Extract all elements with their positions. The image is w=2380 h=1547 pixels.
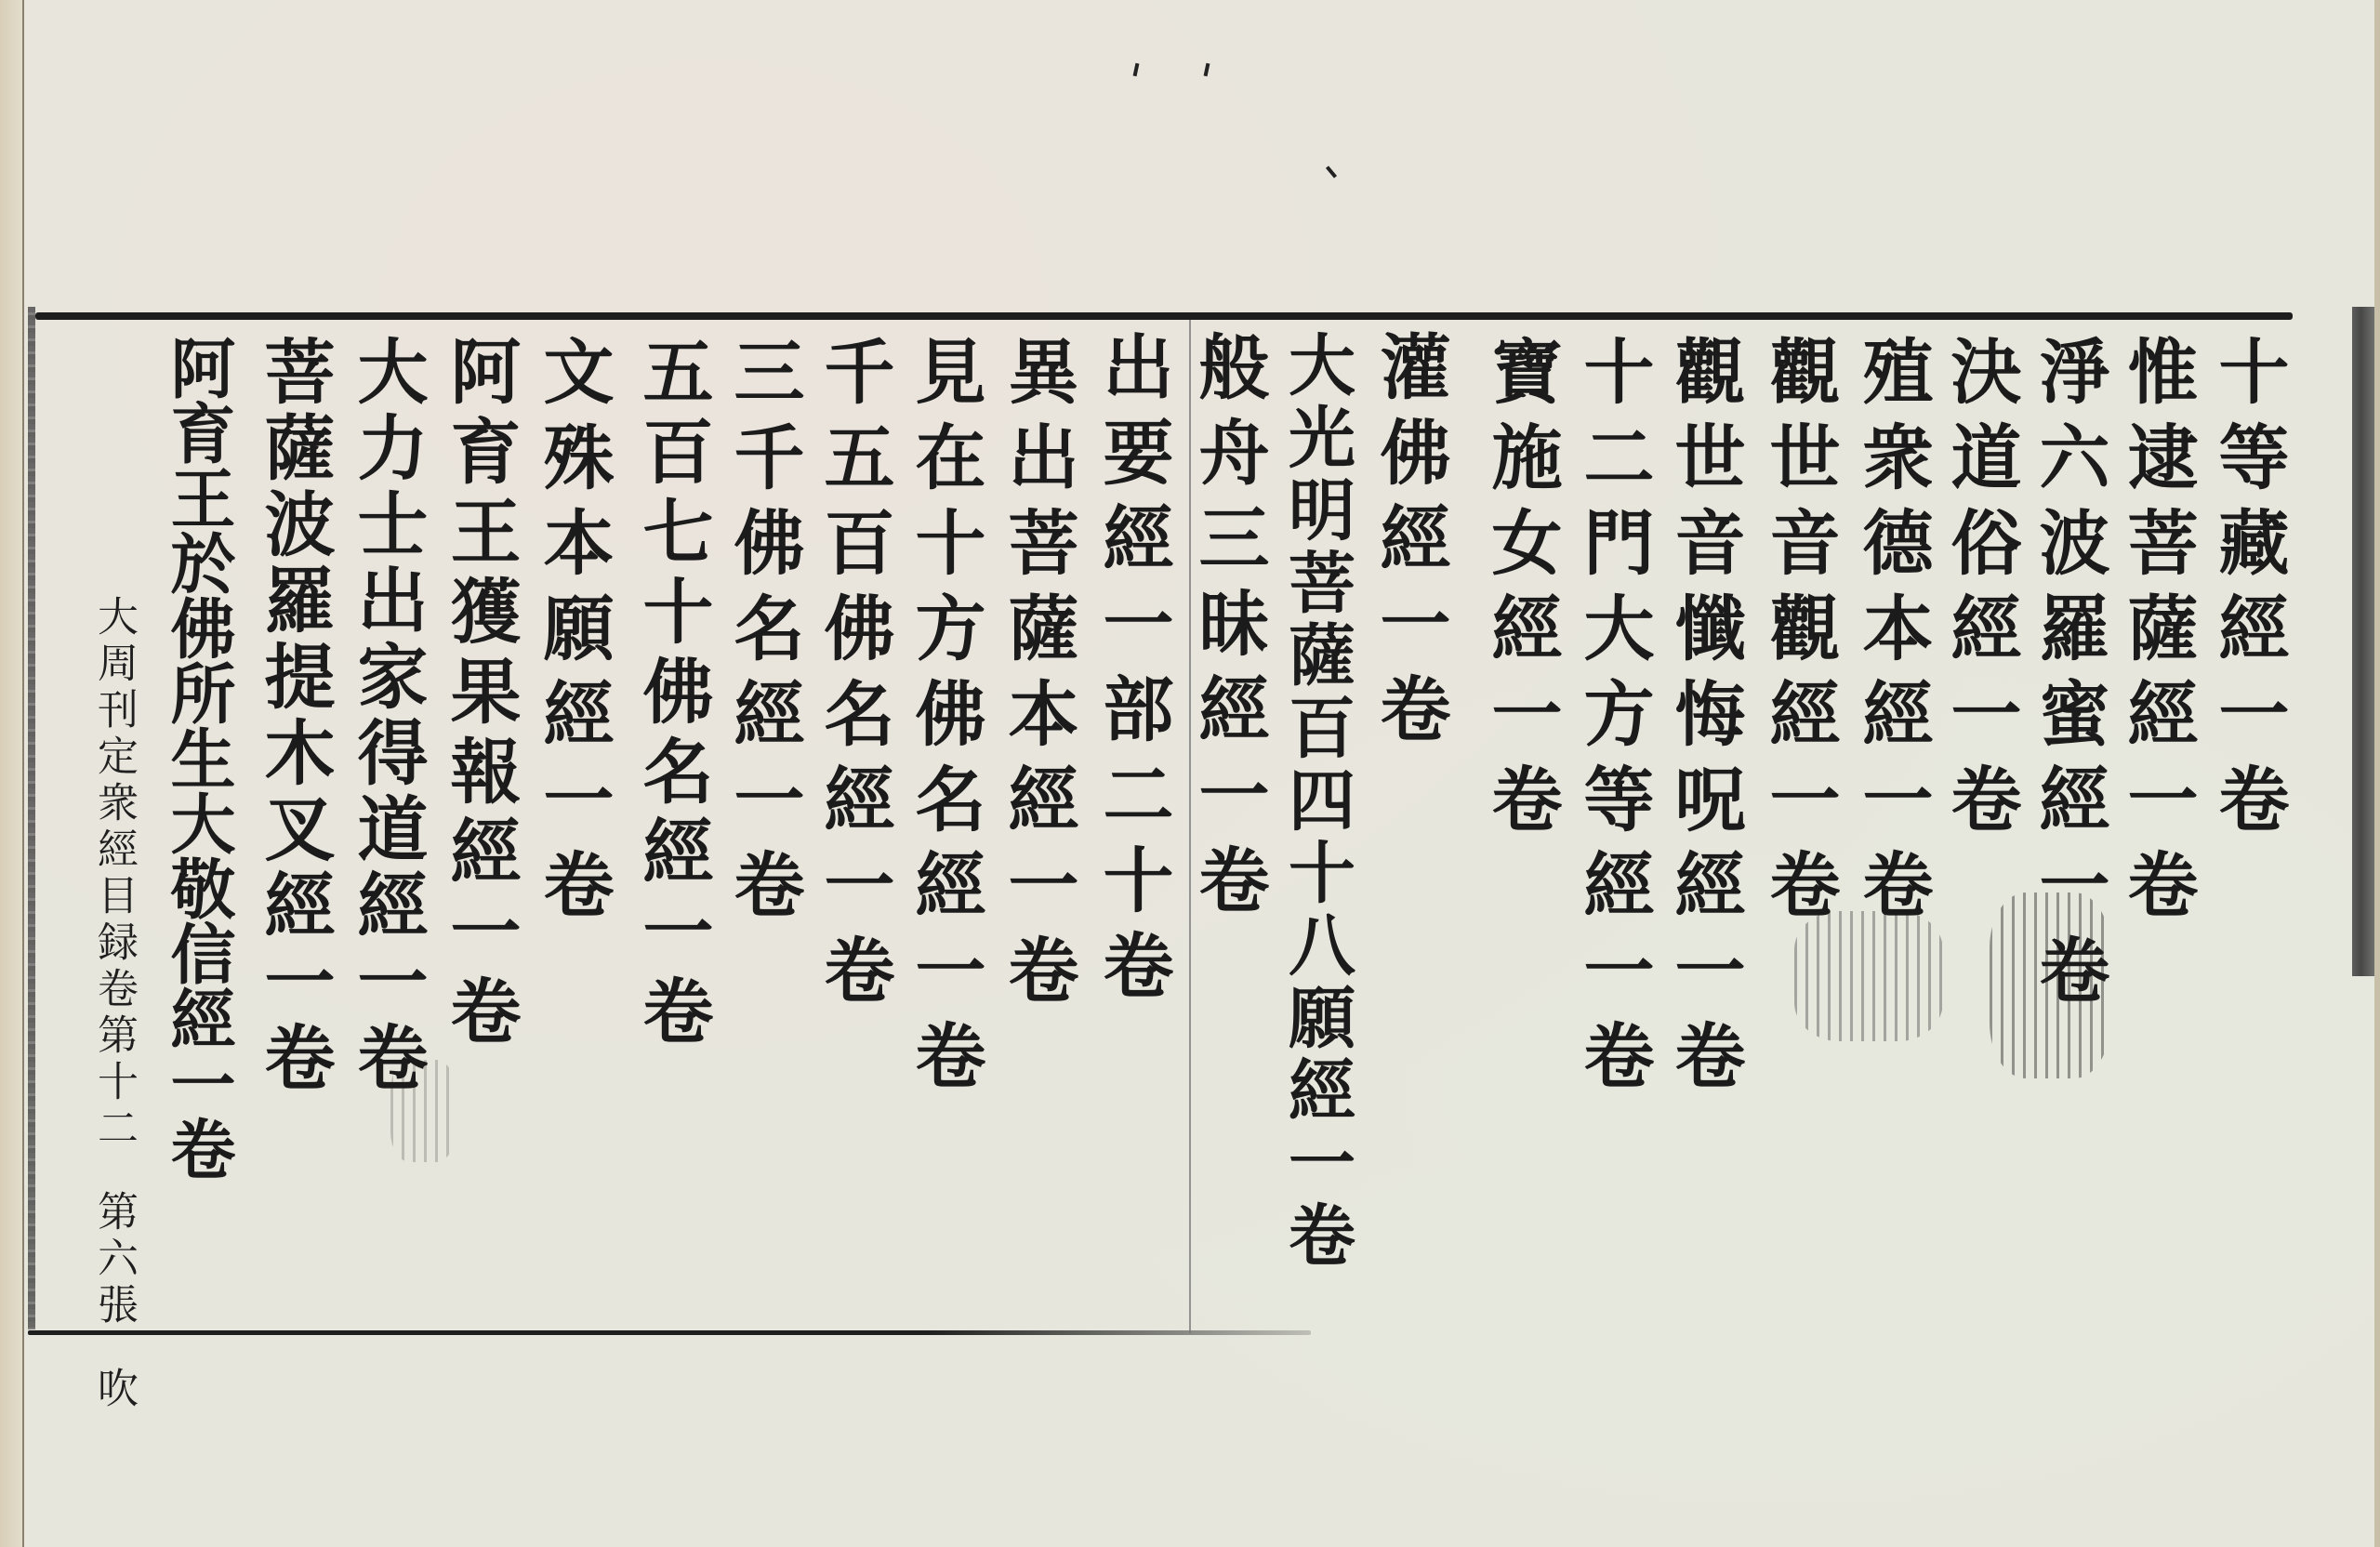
left-border-rule [28, 307, 35, 1329]
catalogue-entry: 文殊本願經一卷 [537, 335, 608, 933]
right-page-edge [2374, 0, 2380, 1547]
catalogue-entry: 十等藏經一卷 [2213, 335, 2283, 848]
catalogue-entry: 般舟三昧經一卷 [1193, 330, 1263, 929]
catalogue-entry: 出要經一部二十卷 [1097, 330, 1168, 1014]
paper-fleck [1204, 63, 1210, 77]
catalogue-entry: 見在十方佛名經一卷 [909, 335, 980, 1104]
top-border-line [35, 312, 2293, 320]
scanned-page: 十等藏經一卷 惟逮菩薩經一卷 淨六波羅蜜經一卷 決道俗經一卷 殖衆德本經一卷 觀… [0, 0, 2380, 1547]
paper-fleck [1133, 63, 1140, 77]
catalogue-entry: 三千佛名經一卷 [728, 335, 799, 933]
margin-title-block: 大周刊定衆經目録卷第十二第六張吹 [84, 595, 143, 1413]
catalogue-entry: 異出菩薩本經一卷 [1002, 335, 1073, 1019]
catalogue-entry: 淨六波羅蜜經一卷 [2033, 335, 2104, 1019]
margin-title: 大周刊定衆經目録卷第十二 [90, 595, 138, 1153]
catalogue-entry: 五百七十佛名經一卷 [637, 335, 707, 1054]
catalogue-entry: 菩薩波羅提木叉經一卷 [258, 335, 329, 1097]
sheet-number: 第六張 [90, 1190, 138, 1329]
catalogue-entry: 千五百佛名經一卷 [818, 335, 889, 1019]
paper-fleck [1326, 165, 1337, 178]
left-page-edge [0, 0, 24, 1547]
block-mark: 吹 [90, 1367, 138, 1413]
catalogue-entry: 惟逮菩薩經一卷 [2122, 335, 2192, 933]
catalogue-entry: 灌佛經一卷 [1374, 330, 1445, 758]
catalogue-entry: 阿育王於佛所生大敬信經一卷 [165, 335, 231, 1181]
catalogue-entry: 觀世音觀經一卷 [1764, 335, 1834, 933]
catalogue-entry: 殖衆德本經一卷 [1857, 335, 1927, 933]
catalogue-entry: 寶施女經一卷 [1486, 335, 1556, 848]
catalogue-entry: 十二門大方等經一卷 [1578, 335, 1648, 1104]
catalogue-entry: 觀世音懺悔呪經一卷 [1669, 335, 1739, 1104]
catalogue-entry: 大力士出家得道經一卷 [351, 335, 422, 1097]
catalogue-entry: 阿育王獲果報經一卷 [444, 335, 515, 1054]
catalogue-entry: 大光明菩薩百四十八願經一卷 [1283, 330, 1350, 1273]
bottom-border-line [28, 1330, 1311, 1335]
right-border-bar [2352, 307, 2374, 976]
catalogue-entry: 決道俗經一卷 [1945, 335, 2016, 848]
